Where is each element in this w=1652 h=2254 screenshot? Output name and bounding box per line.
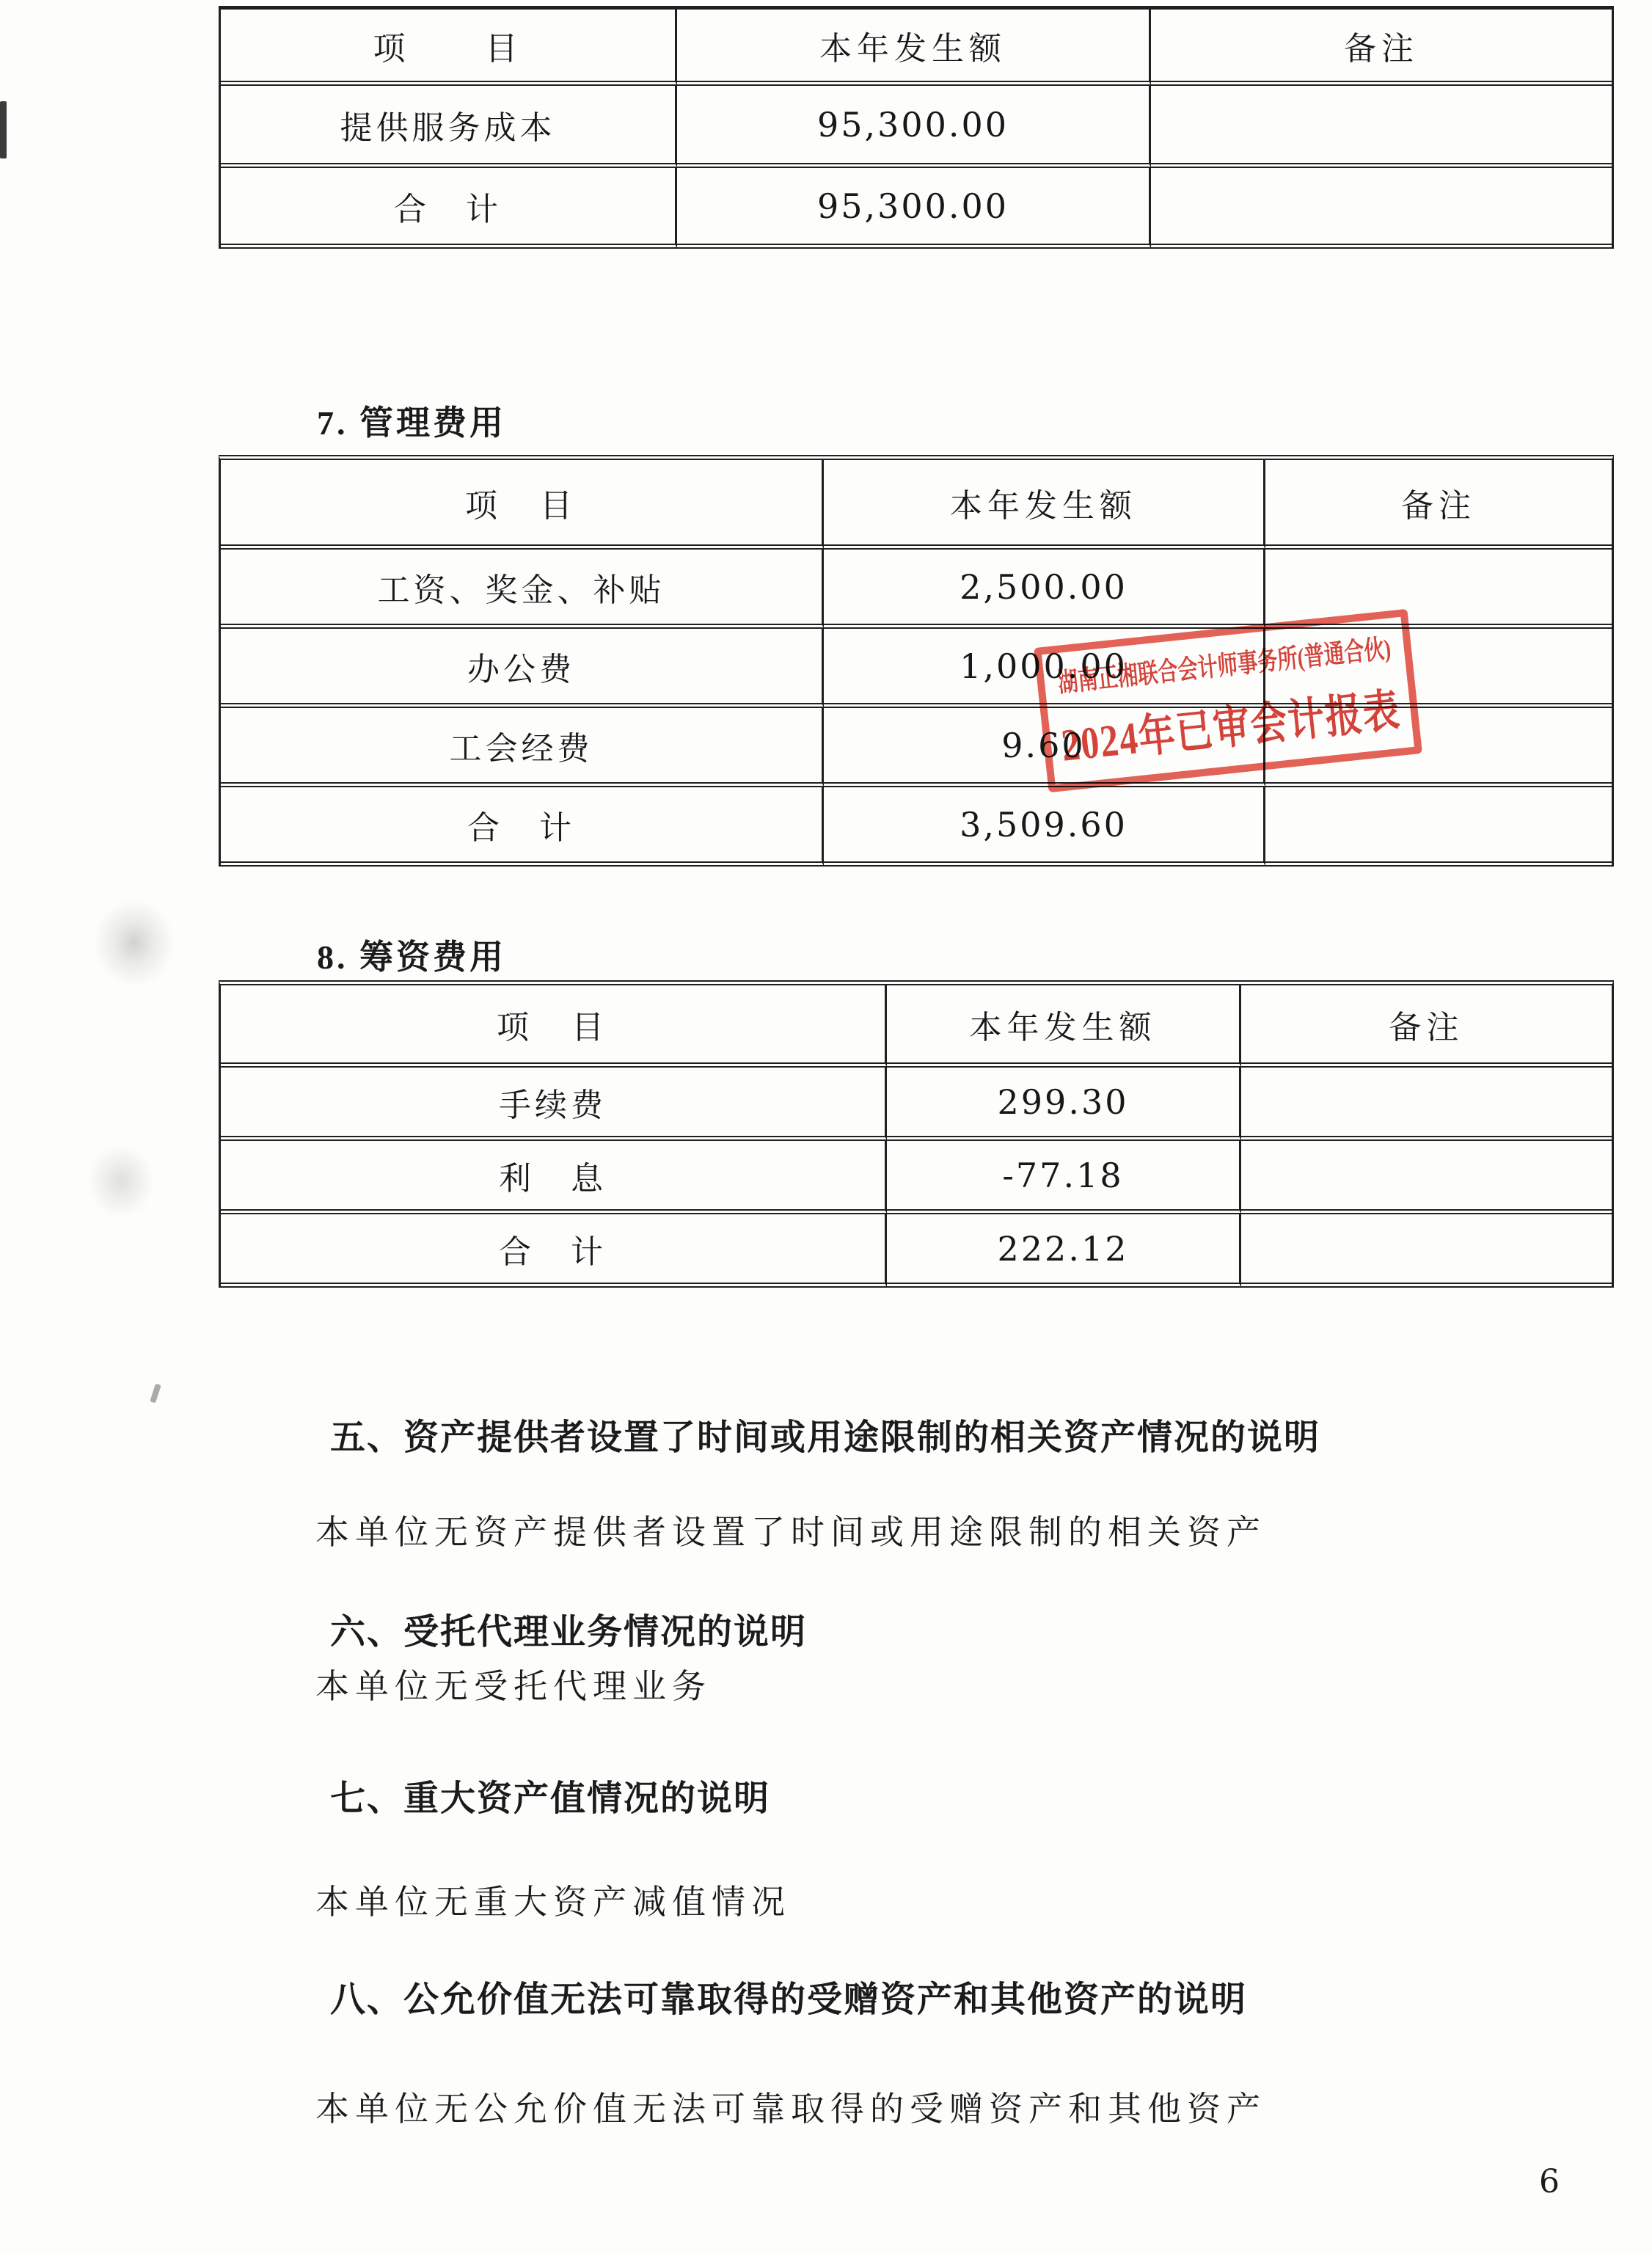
table-cell: 95,300.00 [677,168,1151,249]
section-heading: 七、重大资产值情况的说明 [330,1770,770,1820]
column-header: 本年发生额 [677,10,1151,86]
table-cell: 工会经费 [221,708,824,787]
table-cell: 合 计 [221,168,677,249]
column-header: 项 目 [221,10,677,86]
table-cell: -77.18 [887,1141,1241,1214]
column-header: 项 目 [221,460,824,550]
scan-speck [150,1383,161,1403]
page-number: 6 [1539,2163,1560,2200]
table-cell [1151,168,1612,249]
section-heading: 六、受托代理业务情况的说明 [330,1603,807,1654]
table-cell [1151,86,1612,168]
scan-edge-artifact [0,101,7,158]
table-cell: 222.12 [887,1214,1241,1288]
section-body: 本单位无受托代理业务 [315,1660,712,1708]
table-cell [1265,550,1612,629]
section-body: 本单位无公允价值无法可靠取得的受赠资产和其他资产 [315,2082,1266,2131]
section-7-title: 7. 管理费用 [317,396,506,445]
document-page: 项 目 本年发生额 备注 提供服务成本 95,300.00 合 计 95,300… [0,0,1652,2254]
table-cell [1241,1068,1612,1141]
table-cell: 3,509.60 [824,787,1265,867]
table-cell: 合 计 [221,787,824,867]
column-header: 本年发生额 [887,985,1241,1068]
column-header: 备注 [1241,985,1612,1068]
table-cell: 合 计 [221,1214,887,1288]
table-cell: 95,300.00 [677,86,1151,168]
column-header: 备注 [1151,10,1612,86]
section-8-title: 8. 筹资费用 [317,930,506,979]
table-cell: 办公费 [221,629,824,708]
column-header: 本年发生额 [824,460,1265,550]
table-cell: 工资、奖金、补贴 [221,550,824,629]
section-body: 本单位无资产提供者设置了时间或用途限制的相关资产 [315,1506,1266,1554]
section-body: 本单位无重大资产减值情况 [315,1875,791,1924]
table-cell [1265,787,1612,867]
table-cell: 手续费 [221,1068,887,1141]
column-header: 备注 [1265,460,1612,550]
financing-expense-table: 项 目 本年发生额 备注 手续费 299.30 利 息 -77.18 合 计 2… [219,980,1614,1288]
table-cell [1241,1141,1612,1214]
scan-smudge [88,1145,154,1218]
table-cell: 利 息 [221,1141,887,1214]
table-cell [1241,1214,1612,1288]
scan-smudge [94,899,175,987]
table-cell: 2,500.00 [824,550,1265,629]
column-header: 项 目 [221,985,887,1068]
table-cell: 提供服务成本 [221,86,677,168]
table-cell: 299.30 [887,1068,1241,1141]
service-cost-table: 项 目 本年发生额 备注 提供服务成本 95,300.00 合 计 95,300… [219,6,1614,249]
section-heading: 五、资产提供者设置了时间或用途限制的相关资产情况的说明 [330,1409,1320,1459]
section-heading: 八、公允价值无法可靠取得的受赠资产和其他资产的说明 [330,1971,1247,2021]
